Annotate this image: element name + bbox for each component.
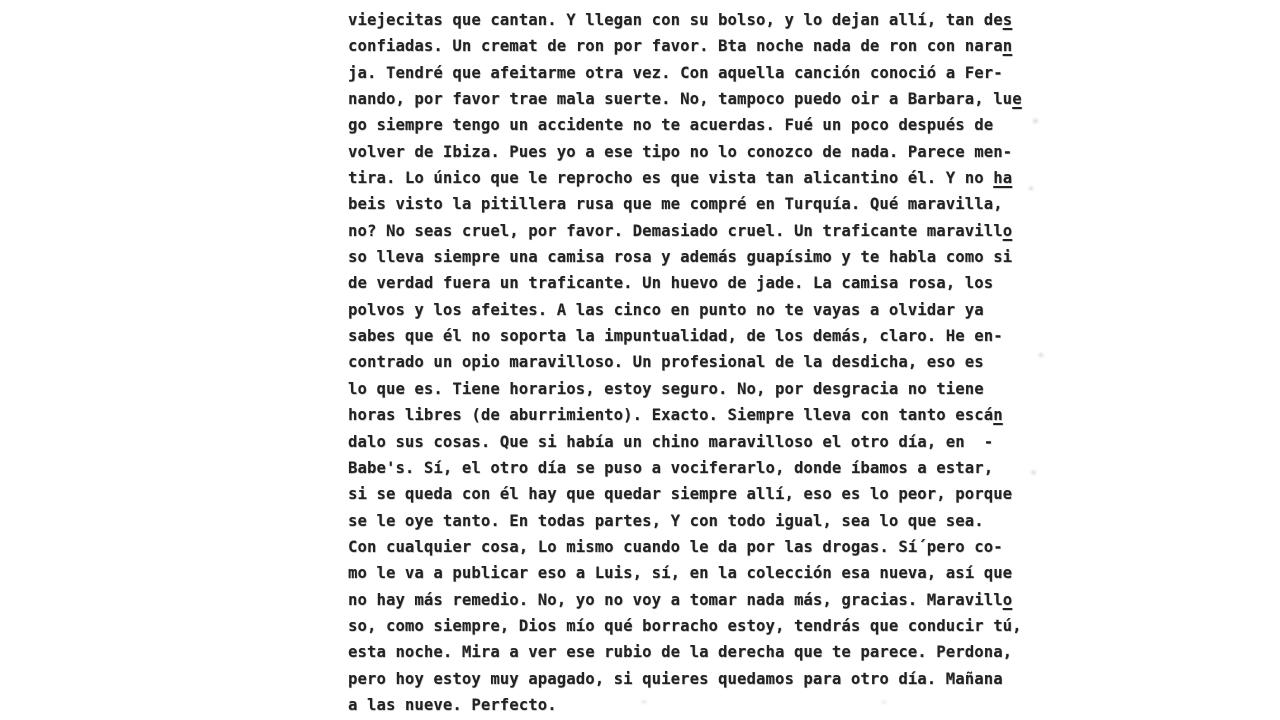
text-line: Babe's. Sí, el otro día se puso a vocife… <box>348 455 1038 481</box>
text-line: tira. Lo único que le reprocho es que vi… <box>348 165 1038 191</box>
text-line: si se queda con él hay que quedar siempr… <box>348 481 1038 507</box>
text-line: sabes que él no soporta la impuntualidad… <box>348 323 1038 349</box>
scanned-page: viejecitas que cantan. Y llegan con su b… <box>0 0 1280 720</box>
text-line: pero hoy estoy muy apagado, si quieres q… <box>348 666 1038 692</box>
text-line: esta noche. Mira a ver ese rubio de la d… <box>348 639 1038 665</box>
text-line: horas libres (de aburrimiento). Exacto. … <box>348 402 1038 428</box>
text-line: no hay más remedio. No, yo no voy a toma… <box>348 587 1038 613</box>
scan-speck <box>1028 186 1034 191</box>
text-line: Con cualquier cosa, Lo mismo cuando le d… <box>348 534 1038 560</box>
text-line: a las nueve. Perfecto. <box>348 692 1038 718</box>
text-line: polvos y los afeites. A las cinco en pun… <box>348 297 1038 323</box>
text-line: contrado un opio maravilloso. Un profesi… <box>348 349 1038 375</box>
scan-speck <box>640 700 648 704</box>
scan-speck <box>880 700 888 704</box>
text-line: mo le va a publicar eso a Luis, sí, en l… <box>348 560 1038 586</box>
text-line: se le oye tanto. En todas partes, Y con … <box>348 508 1038 534</box>
text-line: dalo sus cosas. Que si había un chino ma… <box>348 429 1038 455</box>
text-line: go siempre tengo un accidente no te acue… <box>348 112 1038 138</box>
text-line: so lleva siempre una camisa rosa y ademá… <box>348 244 1038 270</box>
text-line: no? No seas cruel, por favor. Demasiado … <box>348 218 1038 244</box>
text-line: so, como siempre, Dios mío qué borracho … <box>348 613 1038 639</box>
text-line: de verdad fuera un traficante. Un huevo … <box>348 270 1038 296</box>
scan-speck <box>1032 118 1039 124</box>
scan-speck <box>1030 470 1037 475</box>
text-line: ja. Tendré que afeitarme otra vez. Con a… <box>348 60 1038 86</box>
text-line: nando, por favor trae mala suerte. No, t… <box>348 86 1038 112</box>
text-line: confiadas. Un cremat de ron por favor. B… <box>348 33 1038 59</box>
typewritten-text: viejecitas que cantan. Y llegan con su b… <box>348 7 1038 718</box>
text-line: beis visto la pitillera rusa que me comp… <box>348 191 1038 217</box>
text-line: lo que es. Tiene horarios, estoy seguro.… <box>348 376 1038 402</box>
scan-speck <box>1038 352 1044 358</box>
text-line: volver de Ibiza. Pues yo a ese tipo no l… <box>348 139 1038 165</box>
text-line: viejecitas que cantan. Y llegan con su b… <box>348 7 1038 33</box>
